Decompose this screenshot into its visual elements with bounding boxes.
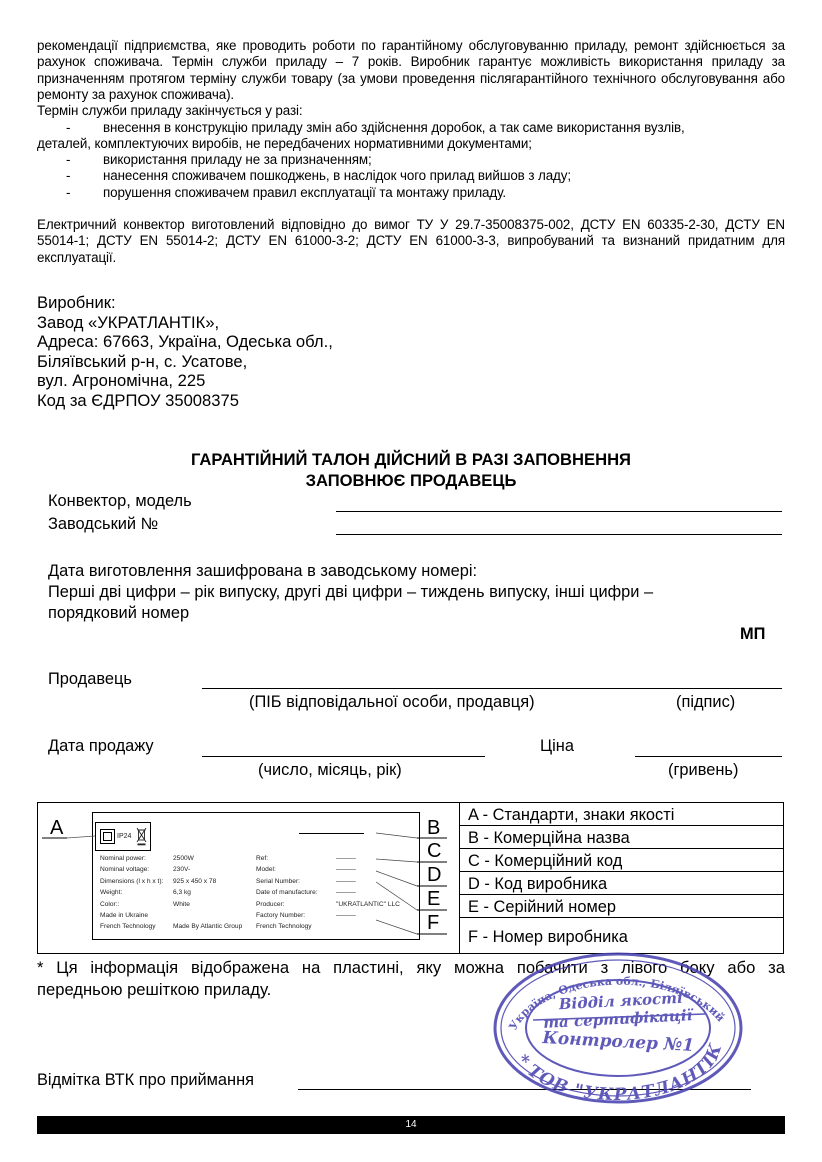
- plate-location-note-continuation: передньою решіткою приладу.: [37, 980, 271, 1000]
- qc-acceptance-label: Відмітка ВТК про приймання: [37, 1071, 254, 1090]
- svg-text:Контролер №1: Контролер №1: [541, 1028, 695, 1056]
- page-number-bar: 14: [37, 1116, 785, 1134]
- quality-control-stamp: Україна, Одеська обл., Біляївський р-н, …: [483, 948, 753, 1108]
- page-number: 14: [405, 1119, 416, 1130]
